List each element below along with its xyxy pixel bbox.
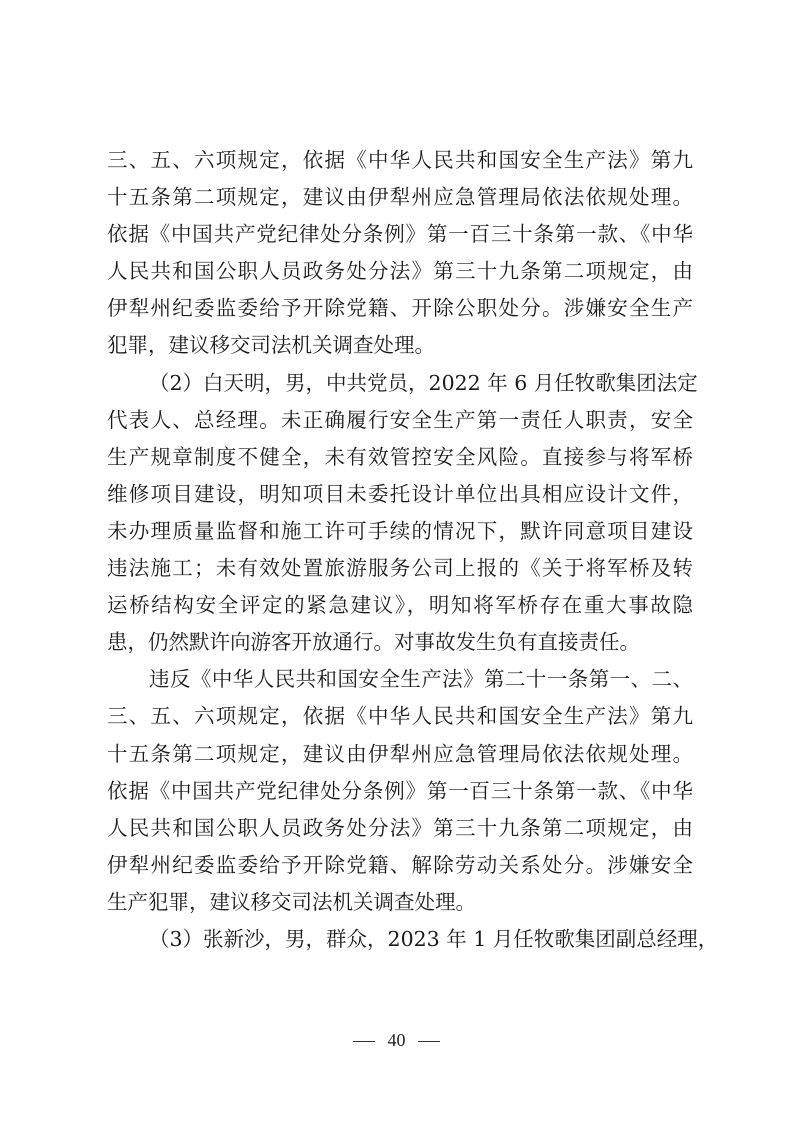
page-footer: 40	[0, 1030, 793, 1051]
text-line: 人民共和国公职人员政务处分法》第三十九条第二项规定，由	[107, 810, 693, 847]
text-line: 运桥结构安全评定的紧急建议》，明知将军桥存在重大事故隐	[107, 587, 693, 624]
text-line: 代表人、总经理。未正确履行安全生产第一责任人职责，安全	[107, 402, 693, 439]
text-line: 患，仍然默许向游客开放通行。对事故发生负有直接责任。	[107, 624, 693, 661]
text-line: 十五条第二项规定，建议由伊犁州应急管理局依法依规处理。	[107, 179, 693, 216]
text-line: 维修项目建设，明知项目未委托设计单位出具相应设计文件，	[107, 476, 693, 513]
text-line: 伊犁州纪委监委给予开除党籍、解除劳动关系处分。涉嫌安全	[107, 847, 693, 884]
page-number: 40	[388, 1030, 406, 1050]
document-page: 三、五、六项规定，依据《中华人民共和国安全生产法》第九 十五条第二项规定，建议由…	[0, 0, 793, 1122]
dash-right-decoration	[418, 1041, 440, 1042]
text-line: 未办理质量监督和施工许可手续的情况下，默许同意项目建设	[107, 513, 693, 550]
text-line: 伊犁州纪委监委给予开除党籍、开除公职处分。涉嫌安全生产	[107, 290, 693, 327]
text-line: 生产规章制度不健全，未有效管控安全风险。直接参与将军桥	[107, 439, 693, 476]
text-line: 依据《中国共产党纪律处分条例》第一百三十条第一款、《中华	[107, 216, 693, 253]
text-line: 三、五、六项规定，依据《中华人民共和国安全生产法》第九	[107, 142, 693, 179]
paragraph-start-line: （2）白天明，男，中共党员，2022 年 6 月任牧歌集团法定	[107, 365, 693, 402]
document-body: 三、五、六项规定，依据《中华人民共和国安全生产法》第九 十五条第二项规定，建议由…	[107, 142, 693, 958]
text-line: 三、五、六项规定，依据《中华人民共和国安全生产法》第九	[107, 698, 693, 735]
dash-left-decoration	[353, 1041, 375, 1042]
text-line: 生产犯罪，建议移交司法机关调查处理。	[107, 884, 693, 921]
text-line: 人民共和国公职人员政务处分法》第三十九条第二项规定，由	[107, 253, 693, 290]
paragraph-start-line: （3）张新沙，男，群众，2023 年 1 月任牧歌集团副总经理，	[107, 921, 693, 958]
text-line: 十五条第二项规定，建议由伊犁州应急管理局依法依规处理。	[107, 736, 693, 773]
text-line: 违法施工；未有效处置旅游服务公司上报的《关于将军桥及转	[107, 550, 693, 587]
paragraph-start-line: 违反《中华人民共和国安全生产法》第二十一条第一、二、	[107, 661, 693, 698]
text-line: 犯罪，建议移交司法机关调查处理。	[107, 327, 693, 364]
text-line: 依据《中国共产党纪律处分条例》第一百三十条第一款、《中华	[107, 773, 693, 810]
